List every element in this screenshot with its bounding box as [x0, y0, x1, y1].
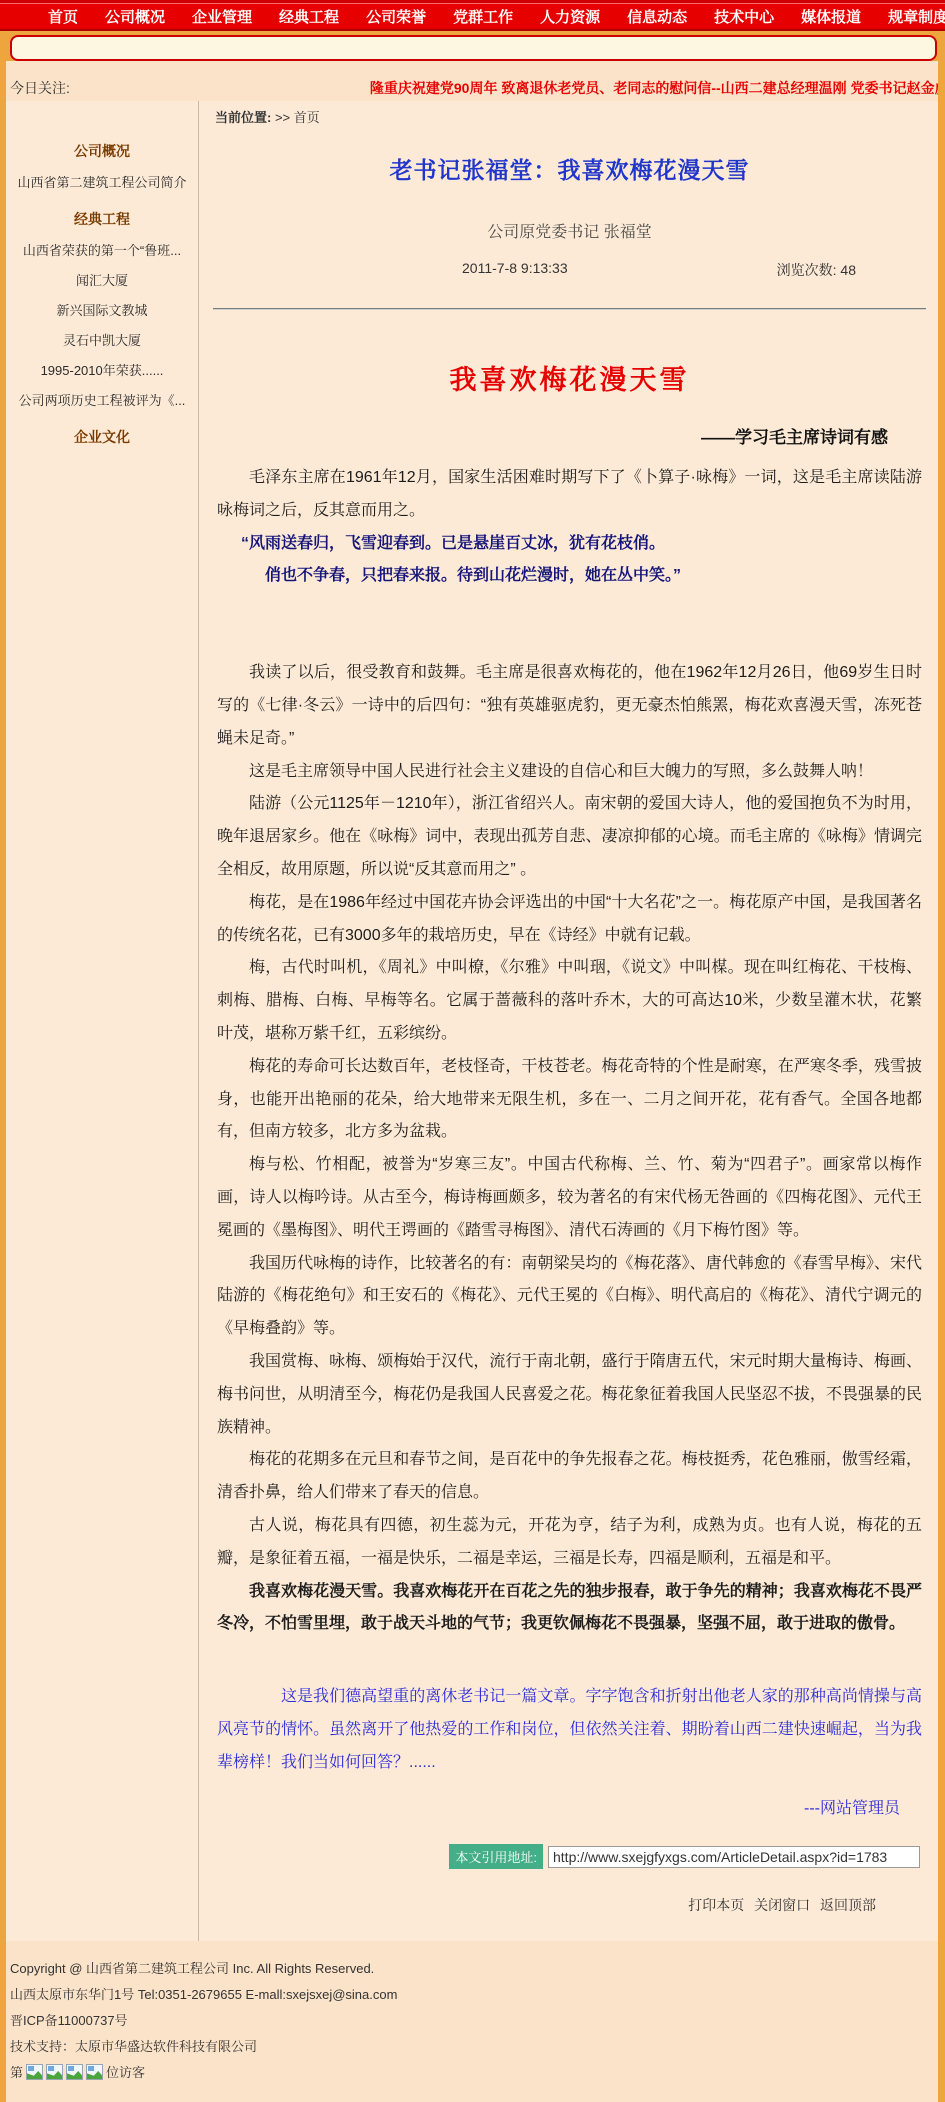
- visitor-counter-prefix: 第: [10, 2062, 23, 2081]
- visitor-counter-digit-icon: [26, 2064, 43, 2080]
- visitor-counter-suffix: 位访客: [106, 2062, 145, 2081]
- top-navigation: 首页 公司概况 企业管理 经典工程 公司荣誉 党群工作 人力资源 信息动态 技术…: [0, 3, 945, 31]
- nav-item-media-reports[interactable]: 媒体报道: [801, 6, 861, 27]
- poem-line-2: 俏也不争春，只把春来报。待到山花烂漫时，她在丛中笑。”: [217, 560, 922, 593]
- article-view-count: 浏览次数: 48: [777, 260, 926, 280]
- article-paragraph: 梅与松、竹相配，被誉为“岁寒三友”。中国古代称梅、兰、竹、菊为“四君子”。画家常…: [217, 1149, 922, 1247]
- article-paragraph: 我国历代咏梅的诗作，比较著名的有：南朝梁吴均的《梅花落》、唐代韩愈的《春雪早梅》…: [217, 1248, 922, 1346]
- sidebar-heading-company-overview: 公司概况: [6, 141, 198, 161]
- ticker-headline-link[interactable]: 隆重庆祝建党90周年 致离退休老党员、老同志的慰问信--山西二建总经理温刚 党委…: [370, 78, 938, 98]
- footer: Copyright @ 山西省第二建筑工程公司 Inc. All Rights …: [6, 1941, 938, 2102]
- article-page-title: 老书记张福堂：我喜欢梅花漫天雪: [213, 152, 926, 185]
- citation-row: 本文引用地址:: [217, 1844, 920, 1869]
- back-to-top-link[interactable]: 返回顶部: [820, 1897, 876, 1913]
- article-author: 公司原党委书记 张福堂: [213, 219, 926, 242]
- nav-item-tech-center[interactable]: 技术中心: [714, 6, 774, 27]
- nav-item-company-overview[interactable]: 公司概况: [105, 6, 165, 27]
- citation-url-input[interactable]: [548, 1846, 920, 1868]
- nav-item-enterprise-management[interactable]: 企业管理: [192, 6, 252, 27]
- article-subtitle: ——学习毛主席诗词有感: [217, 423, 922, 448]
- sidebar-item-wenhui-building[interactable]: 闻汇大厦: [6, 270, 198, 289]
- nav-item-home[interactable]: 首页: [48, 6, 78, 27]
- visitor-counter-digit-icon: [46, 2064, 63, 2080]
- citation-label: 本文引用地址:: [449, 1844, 543, 1869]
- nav-item-regulations[interactable]: 规章制度: [888, 6, 945, 27]
- visitor-counter-digit-icon: [66, 2064, 83, 2080]
- ticker-label: 今日关注:: [10, 78, 70, 98]
- news-ticker: 今日关注: 隆重庆祝建党90周年 致离退休老党员、老同志的慰问信--山西二建总经…: [6, 75, 938, 101]
- article-meta: 2011-7-8 9:13:33 浏览次数: 48: [213, 260, 926, 280]
- admin-signature: ---网站管理员: [217, 1795, 922, 1818]
- page-body: 今日关注: 隆重庆祝建党90周年 致离退休老党员、老同志的慰问信--山西二建总经…: [6, 61, 938, 2102]
- nav-item-company-honors[interactable]: 公司荣誉: [366, 6, 426, 27]
- sidebar-item-company-intro[interactable]: 山西省第二建筑工程公司简介: [6, 172, 198, 191]
- main-column: 当前位置: >> 首页 老书记张福堂：我喜欢梅花漫天雪 公司原党委书记 张福堂 …: [198, 101, 938, 1941]
- breadcrumb-label: 当前位置:: [215, 110, 271, 125]
- article-date: 2011-7-8 9:13:33: [213, 260, 777, 280]
- admin-comment: 这是我们德高望重的离休老书记一篇文章。字字饱含和折射出他老人家的那种高尚情操与高…: [217, 1681, 922, 1779]
- footer-copyright: Copyright @ 山西省第二建筑工程公司 Inc. All Rights …: [10, 1958, 932, 1977]
- article-paragraph: 这是毛主席领导中国人民进行社会主义建设的自信心和巨大魄力的写照，多么鼓舞人呐！: [217, 756, 922, 789]
- poem-line-1: “风雨送春归，飞雪迎春到。已是悬崖百丈冰，犹有花枝俏。: [217, 528, 922, 561]
- content-row: 公司概况 山西省第二建筑工程公司简介 经典工程 山西省荣获的第一个“鲁班... …: [6, 101, 938, 1941]
- article-inner-title: 我喜欢梅花漫天雪: [217, 358, 922, 397]
- sidebar-heading-corporate-culture: 企业文化: [6, 427, 198, 447]
- article-paragraph: 古人说，梅花具有四德，初生蕊为元，开花为亨，结子为利，成熟为贞。也有人说，梅花的…: [217, 1510, 922, 1576]
- sidebar-item-xinxing-city[interactable]: 新兴国际文教城: [6, 300, 198, 319]
- submenu-bar: [10, 35, 937, 61]
- article-actions: 打印本页 关闭窗口 返回顶部: [217, 1895, 922, 1915]
- article-paragraph-conclusion: 我喜欢梅花漫天雪。我喜欢梅花开在百花之先的独步报春，敢于争先的精神；我喜欢梅花不…: [217, 1576, 922, 1642]
- article-paragraph: 陆游（公元1125年－1210年），浙江省绍兴人。南宋朝的爱国大诗人，他的爱国抱…: [217, 788, 922, 886]
- nav-item-human-resources[interactable]: 人力资源: [540, 6, 600, 27]
- article-body: 我喜欢梅花漫天雪 ——学习毛主席诗词有感 毛泽东主席在1961年12月，国家生活…: [213, 328, 926, 1915]
- article-paragraph: 梅花，是在1986年经过中国花卉协会评选出的中国“十大名花”之一。梅花原产中国，…: [217, 887, 922, 953]
- article-paragraph-intro: 毛泽东主席在1961年12月，国家生活困难时期写下了《卜算子·咏梅》一词，这是毛…: [217, 462, 922, 528]
- article-paragraph: 我国赏梅、咏梅、颂梅始于汉代，流行于南北朝，盛行于隋唐五代，宋元时期大量梅诗、梅…: [217, 1346, 922, 1444]
- sidebar-item-luban-award[interactable]: 山西省荣获的第一个“鲁班...: [6, 240, 198, 259]
- page: 首页 公司概况 企业管理 经典工程 公司荣誉 党群工作 人力资源 信息动态 技术…: [0, 0, 945, 2102]
- breadcrumb: 当前位置: >> 首页: [215, 107, 926, 126]
- sidebar-heading-classic-projects: 经典工程: [6, 209, 198, 229]
- breadcrumb-home-link[interactable]: >> 首页: [275, 110, 320, 125]
- nav-item-information[interactable]: 信息动态: [627, 6, 687, 27]
- visitor-counter-digit-icon: [86, 2064, 103, 2080]
- visitor-counter: 第 位访客: [10, 2062, 932, 2081]
- sidebar-item-lingshi-building[interactable]: 灵石中凯大厦: [6, 330, 198, 349]
- print-page-link[interactable]: 打印本页: [688, 1897, 744, 1913]
- sidebar-item-historic-projects[interactable]: 公司两项历史工程被评为《...: [6, 390, 198, 409]
- close-window-link[interactable]: 关闭窗口: [754, 1897, 810, 1913]
- sidebar-item-honors-1995-2010[interactable]: 1995-2010年荣获......: [6, 360, 198, 379]
- nav-item-party-work[interactable]: 党群工作: [453, 6, 513, 27]
- footer-icp: 晋ICP备11000737号: [10, 2010, 932, 2029]
- nav-item-classic-projects[interactable]: 经典工程: [279, 6, 339, 27]
- article-paragraph: 梅花的寿命可长达数百年，老枝怪奇，干枝苍老。梅花奇特的个性是耐寒，在严寒冬季，残…: [217, 1051, 922, 1149]
- footer-tech-support: 技术支持：太原市华盛达软件科技有限公司: [10, 2036, 932, 2055]
- article-paragraph: 梅花的花期多在元旦和春节之间，是百花中的争先报春之花。梅枝挺秀，花色雅丽，傲雪经…: [217, 1444, 922, 1510]
- sidebar: 公司概况 山西省第二建筑工程公司简介 经典工程 山西省荣获的第一个“鲁班... …: [6, 101, 198, 1941]
- meta-divider: [213, 308, 926, 310]
- footer-address: 山西太原市东华门1号 Tel:0351-2679655 E-mall:sxejs…: [10, 1984, 932, 2003]
- article-paragraph: 我读了以后，很受教育和鼓舞。毛主席是很喜欢梅花的，他在1962年12月26日，他…: [217, 657, 922, 755]
- article-paragraph: 梅，古代时叫机，《周礼》中叫橑，《尔雅》中叫珚，《说文》中叫楳。现在叫红梅花、干…: [217, 952, 922, 1050]
